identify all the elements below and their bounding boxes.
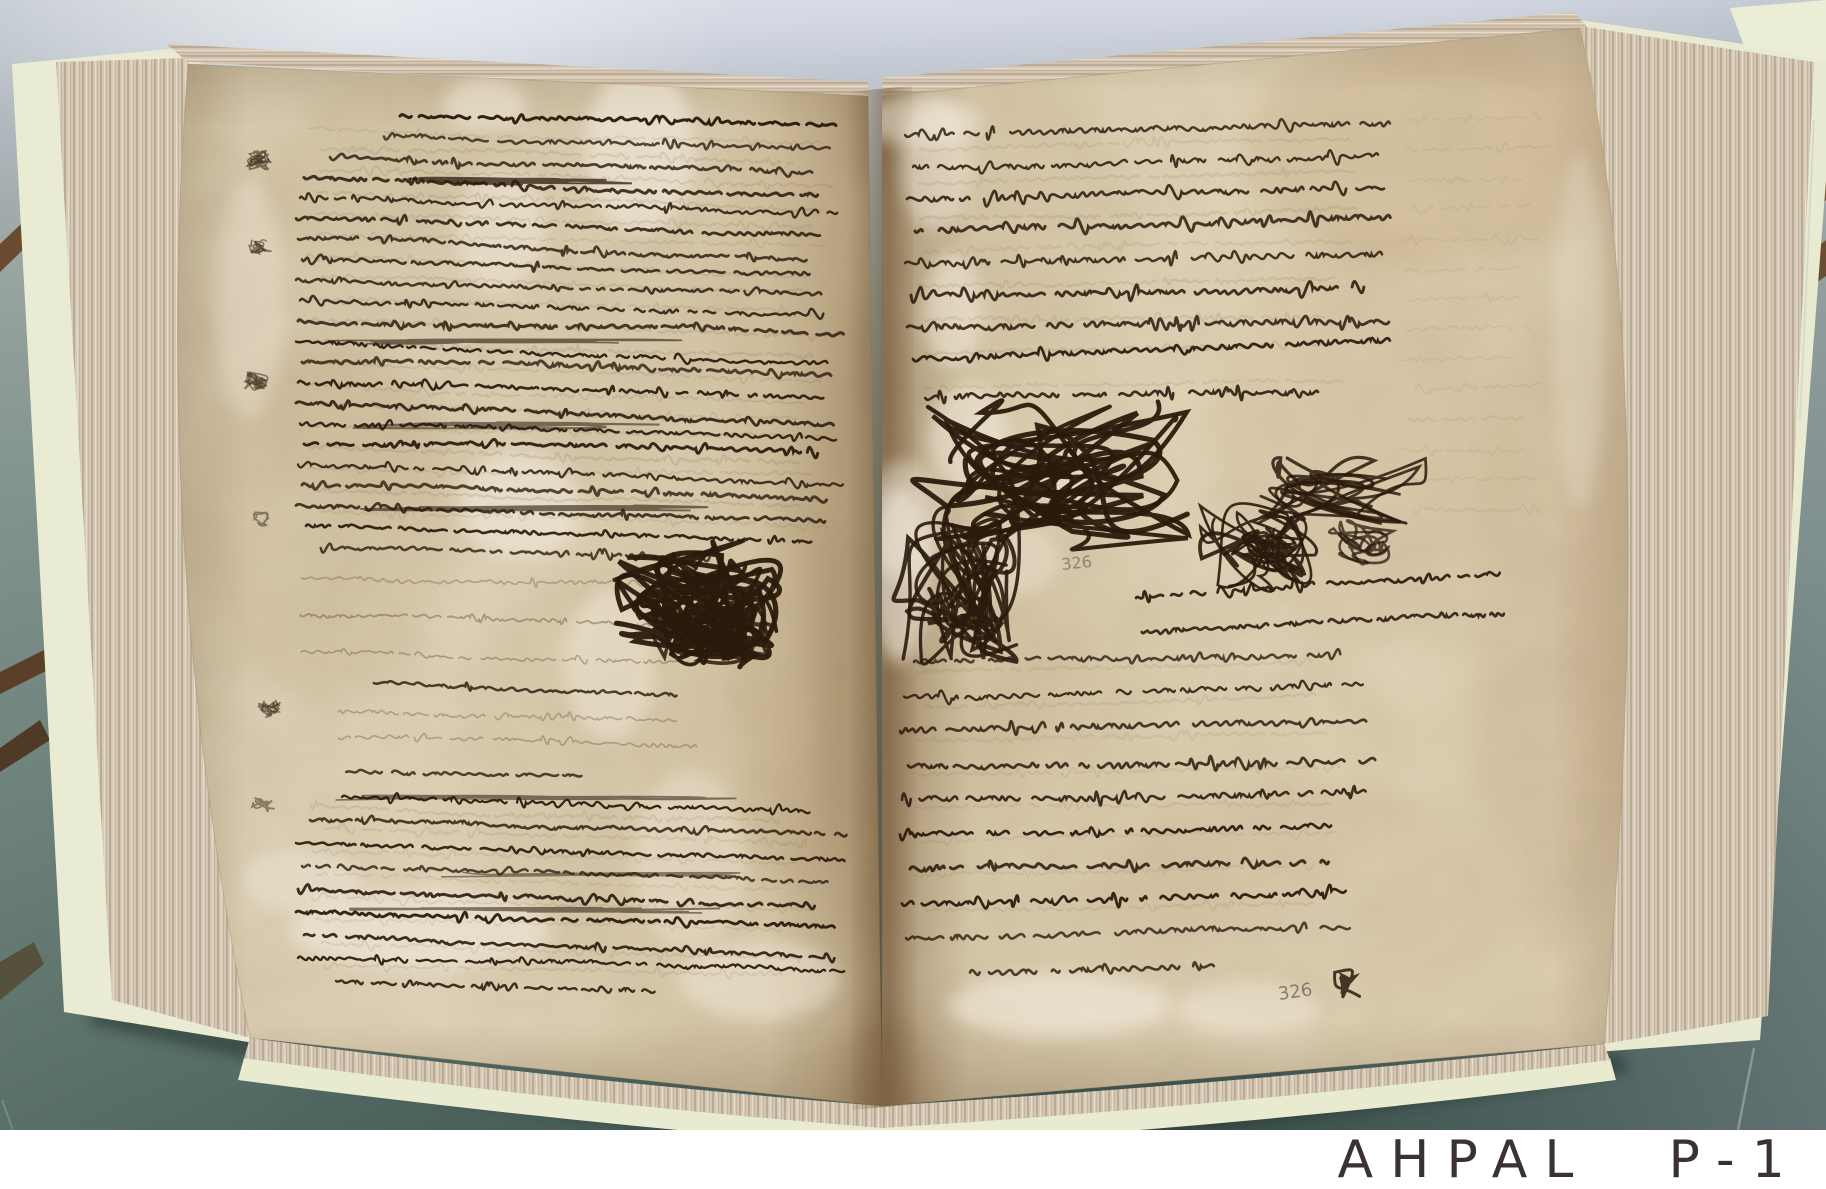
folio-number: 326 xyxy=(1060,552,1092,574)
caption-band: AHPAL P-1 xyxy=(0,1130,1826,1189)
abrasion-patch xyxy=(950,973,1170,1037)
abrasion-patch xyxy=(460,450,580,560)
leather-strap xyxy=(0,942,44,1000)
signature-flourish xyxy=(336,795,737,800)
open-manuscript-book: 326 326 xyxy=(0,0,1826,1189)
abrasion-patch xyxy=(455,170,545,290)
photo-label: AHPAL P-1 xyxy=(1338,1134,1802,1186)
leather-strap xyxy=(0,650,52,694)
abrasion-patch xyxy=(924,252,980,368)
tile-seam xyxy=(1738,1048,1754,1130)
abrasion-patch xyxy=(1554,150,1606,510)
leather-strap xyxy=(0,720,50,772)
archival-manuscript-photo: 326 326 AHPAL P-1 xyxy=(0,0,1826,1189)
abrasion-patch xyxy=(240,850,360,910)
